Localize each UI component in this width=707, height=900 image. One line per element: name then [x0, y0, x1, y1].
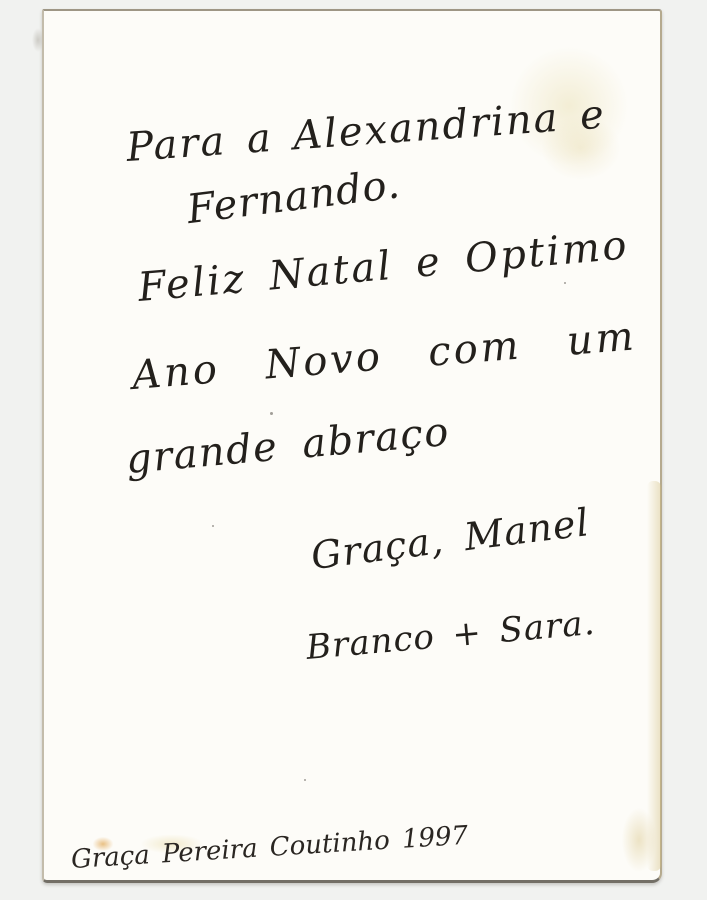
signature-line-1: Graça, Manel: [309, 502, 592, 578]
artist-inscription: Graça Pereira Coutinho 1997: [70, 822, 469, 875]
handwritten-line-greeting-1: Feliz Natal e Optimo: [136, 223, 631, 310]
signature-line-2: Branco + Sara.: [305, 605, 597, 668]
dust-speck: [270, 412, 273, 415]
handwritten-line-greeting-2: Ano Novo com um: [131, 314, 639, 398]
paper-stain: [647, 481, 661, 871]
handwritten-line-salutation-1: Para a Alexandrina e: [125, 93, 607, 170]
paper-stain: [616, 797, 662, 883]
dust-speck: [212, 525, 214, 527]
greeting-card: Para a Alexandrina e Fernando. Feliz Nat…: [42, 9, 662, 883]
dust-speck: [304, 779, 306, 781]
handwritten-line-salutation-2: Fernando.: [185, 162, 403, 232]
scanned-image: Para a Alexandrina e Fernando. Feliz Nat…: [0, 0, 707, 900]
dust-speck: [564, 282, 566, 284]
handwritten-line-greeting-3: grande abraço: [124, 410, 451, 482]
